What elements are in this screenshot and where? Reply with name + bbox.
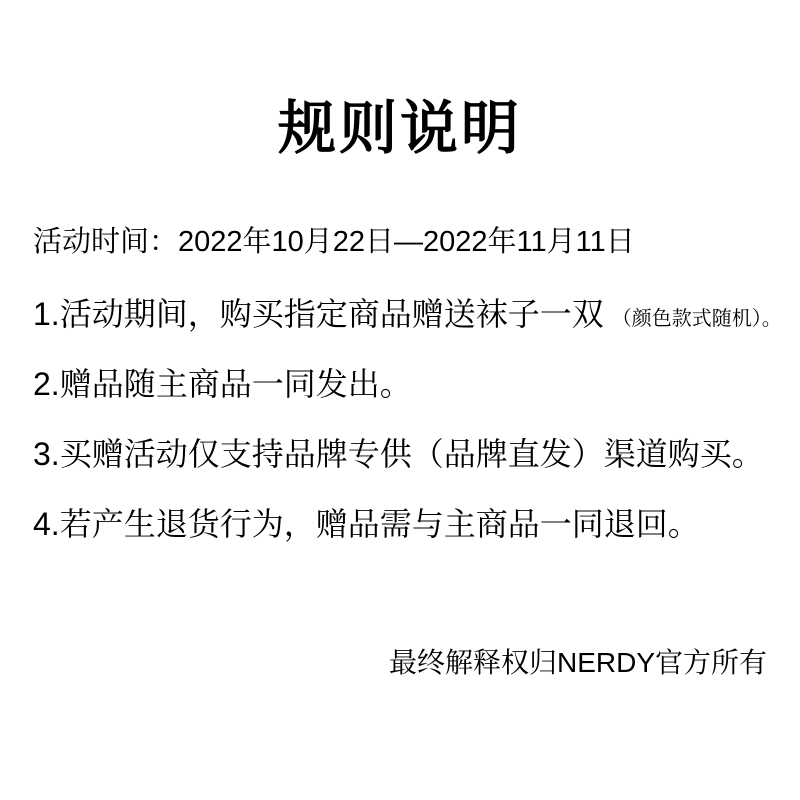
activity-period: 活动时间：2022年10月22日—2022年11月11日 bbox=[33, 227, 635, 259]
rule-item-1: 1.活动期间，购买指定商品赠送袜子一双（颜色款式随机）。 bbox=[33, 296, 782, 333]
rule-item-4: 4.若产生退货行为，赠品需与主商品一同退回。 bbox=[33, 506, 700, 543]
footer-disclaimer: 最终解释权归NERDY官方所有 bbox=[389, 648, 767, 679]
page-title: 规则说明 bbox=[0, 100, 800, 158]
activity-period-label: 活动时间： bbox=[33, 226, 178, 258]
rule-item-2: 2.赠品随主商品一同发出。 bbox=[33, 366, 412, 403]
rule-item-3: 3.买赠活动仅支持品牌专供（品牌直发）渠道购买。 bbox=[33, 436, 764, 473]
rule-note: （颜色款式随机）。 bbox=[612, 308, 782, 330]
rule-text: 3.买赠活动仅支持品牌专供（品牌直发）渠道购买。 bbox=[33, 436, 764, 472]
rule-text: 1.活动期间，购买指定商品赠送袜子一双 bbox=[33, 296, 604, 332]
rule-text: 2.赠品随主商品一同发出。 bbox=[33, 366, 412, 402]
rule-text: 4.若产生退货行为，赠品需与主商品一同退回。 bbox=[33, 506, 700, 542]
activity-period-value: 2022年10月22日—2022年11月11日 bbox=[178, 226, 635, 258]
rules-page: 规则说明 活动时间：2022年10月22日—2022年11月11日 1.活动期间… bbox=[0, 0, 800, 800]
